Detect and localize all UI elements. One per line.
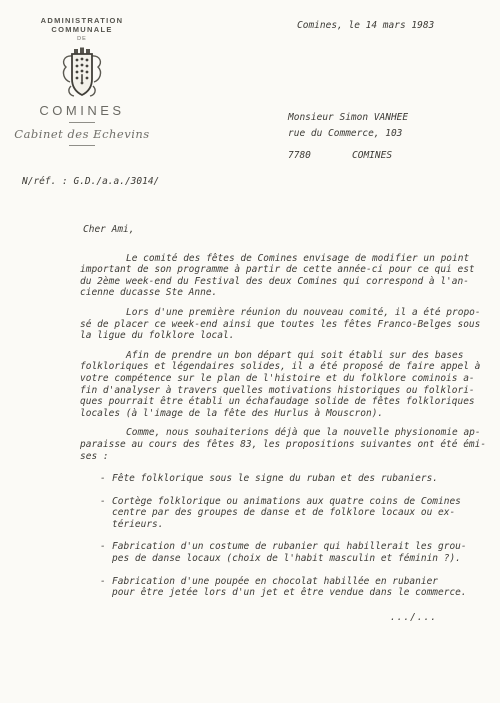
list-item: - Fête folklorique sous le signe du ruba… [100, 473, 480, 485]
letterhead-de-line: DE [14, 36, 150, 42]
recipient-street: rue du Commerce, 103 [288, 126, 408, 142]
paragraph: Le comité des fêtes de Comines envisage … [80, 253, 480, 299]
letterhead-rule-top [69, 122, 95, 123]
proposal-list: - Fête folklorique sous le signe du ruba… [100, 473, 480, 599]
list-item: - Fabrication d'une poupée en chocolat h… [100, 576, 480, 599]
letter-body: Cher Ami, Le comité des fêtes de Comines… [80, 224, 480, 623]
recipient-city: COMINES [352, 150, 392, 161]
paragraph: Afin de prendre un bon départ qui soit é… [80, 350, 480, 420]
letterhead-admin-line: ADMINISTRATION COMMUNALE [14, 16, 150, 34]
list-item-text: Cortège folklorique ou animations aux qu… [112, 496, 461, 531]
reference-line: N/réf. : G.D./a.a./3014/ [22, 176, 159, 187]
recipient-block: Monsieur Simon VANHEE rue du Commerce, 1… [288, 110, 408, 164]
recipient-postal-row: 7780COMINES [288, 148, 408, 164]
dash-marker: - [100, 541, 112, 564]
recipient-name: Monsieur Simon VANHEE [288, 110, 408, 126]
continuation-mark: .../... [390, 612, 480, 624]
paragraph: Lors d'une première réunion du nouveau c… [80, 307, 480, 342]
comines-coat-of-arms-icon [59, 46, 105, 100]
dateline: Comines, le 14 mars 1983 [297, 20, 434, 31]
list-item-text: Fabrication d'une poupée en chocolat hab… [112, 576, 467, 599]
dash-marker: - [100, 496, 112, 531]
letterhead-rule-bottom [69, 145, 95, 146]
list-item-text: Fabrication d'un costume de rubanier qui… [112, 541, 467, 564]
dash-marker: - [100, 473, 112, 485]
list-item: - Fabrication d'un costume de rubanier q… [100, 541, 480, 564]
recipient-postal-code: 7780 [288, 148, 352, 164]
letterhead-city: COMINES [14, 103, 150, 118]
list-item: - Cortège folklorique ou animations aux … [100, 496, 480, 531]
letter-page: ADMINISTRATION COMMUNALE DE [0, 0, 500, 703]
letterhead-office: Cabinet des Echevins [14, 127, 150, 141]
list-item-text: Fête folklorique sous le signe du ruban … [112, 473, 438, 485]
letterhead: ADMINISTRATION COMMUNALE DE [14, 16, 150, 146]
paragraph: Comme, nous souhaiterions déjà que la no… [80, 427, 480, 462]
dash-marker: - [100, 576, 112, 599]
salutation: Cher Ami, [83, 224, 480, 236]
